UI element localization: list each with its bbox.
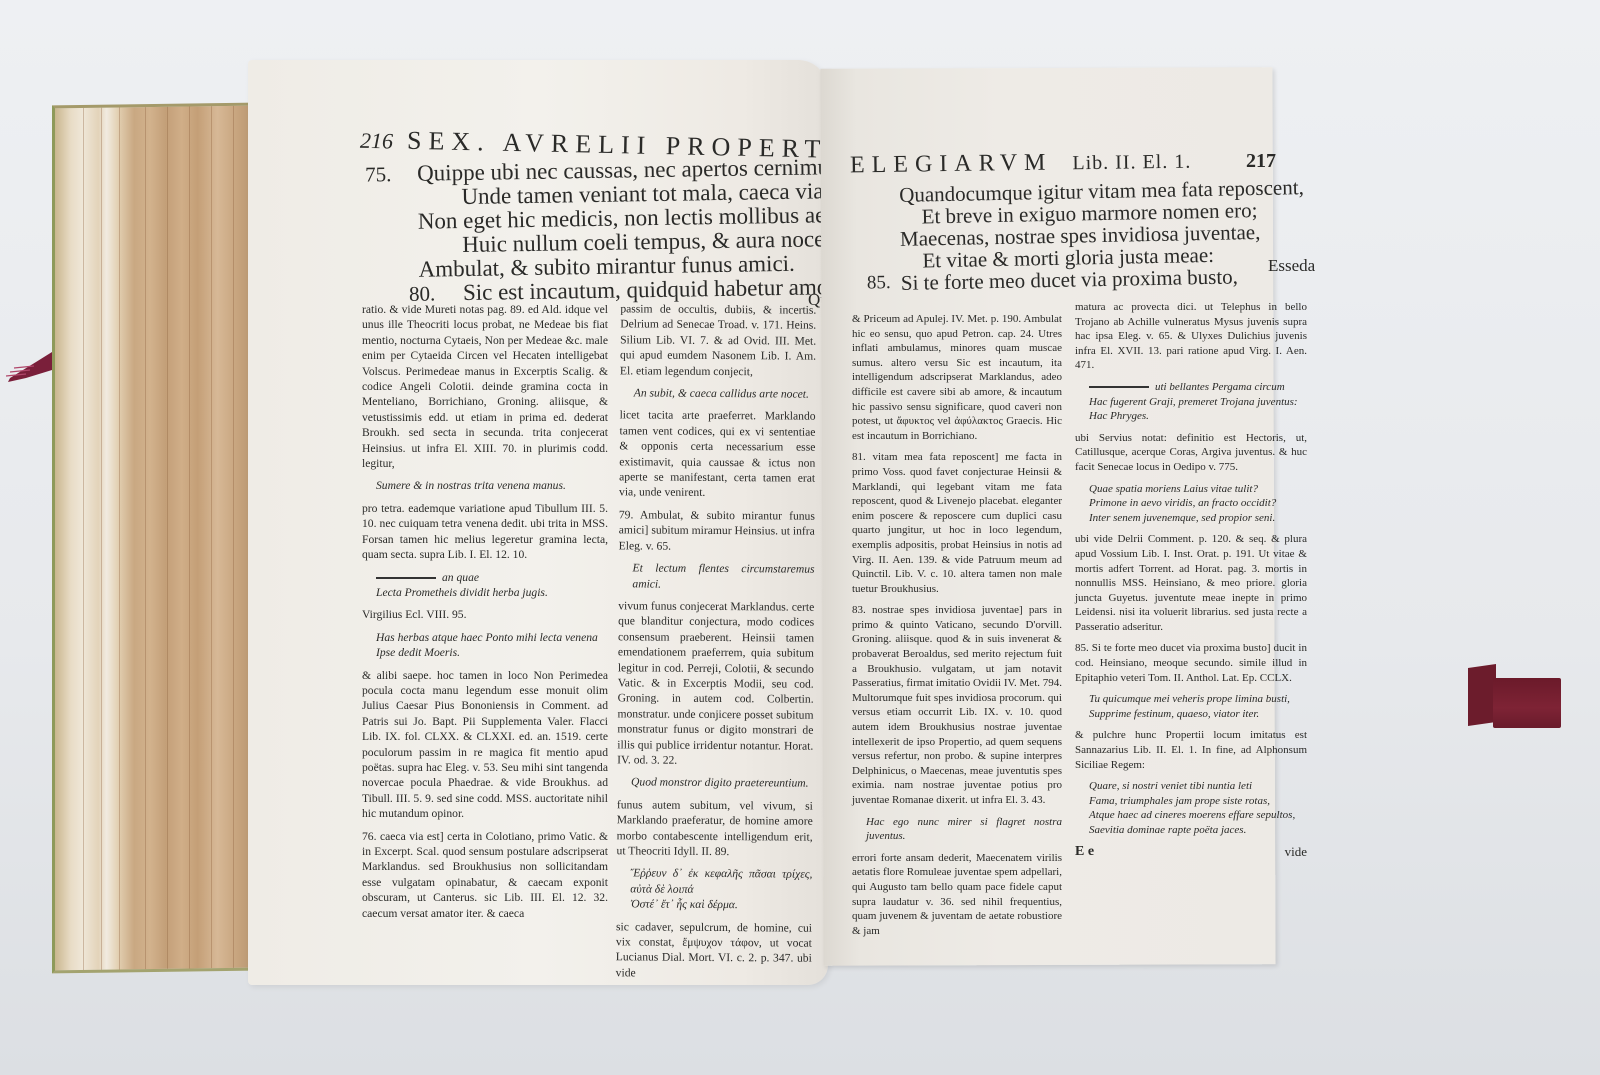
note-paragraph: matura ac provecta dici. ut Telephus in … — [1075, 300, 1307, 373]
note-paragraph: sic cadaver, sepulcrum, de homine, cui v… — [616, 919, 812, 982]
note-paragraph: Virgilius Ecl. VIII. 95. — [362, 607, 608, 622]
note-paragraph: & pulchre hunc Propertii locum imitatus … — [1075, 728, 1307, 772]
greek-quote: Ἔῤῥευν δ᾽ ἐκ κεφαλῆς πᾶσαι τρίχες, αὐτὰ … — [616, 866, 812, 914]
page-number-right: 217 — [1246, 150, 1276, 173]
note-paragraph: errori forte ansam dederit, Maecenatem v… — [852, 851, 1062, 939]
note-quote: Tu quicumque mei veheris prope limina bu… — [1075, 692, 1307, 721]
note-quote: Sumere & in nostras trita venena manus. — [362, 478, 608, 493]
page-number-left: 216 — [360, 128, 394, 154]
note-quote: Quare, si nostri veniet tibi nuntia leti… — [1075, 779, 1307, 837]
note-quote: Hac ego nunc mirer si flagret nostra juv… — [852, 815, 1062, 844]
right-notes-column-1: & Priceum ad Apulej. IV. Met. p. 190. Am… — [852, 312, 1062, 945]
running-head-book: Lib. II. El. 1. — [1072, 151, 1191, 175]
bookmark-ribbon-left[interactable] — [6, 348, 52, 388]
note-paragraph: pro tetra. eademque variatione apud Tibu… — [362, 501, 608, 563]
note-quote: uti bellantes Pergama circumHac fugerent… — [1075, 380, 1307, 424]
right-notes-column-2: matura ac provecta dici. ut Telephus in … — [1075, 300, 1307, 860]
note-paragraph: & alibi saepe. hoc tamen in loco Non Per… — [362, 668, 608, 822]
book-fore-edge — [52, 103, 253, 974]
note-paragraph: vivum funus conjecerat Marklandus. certe… — [617, 598, 814, 769]
note-paragraph: ubi Servius notat: definitio est Hectori… — [1075, 431, 1307, 475]
note-quote: Quae spatia moriens Laius vitae tulit?Pr… — [1075, 482, 1307, 526]
right-verse-block: Quandocumque igitur vitam mea fata repos… — [899, 176, 1306, 294]
running-head-title: ELEGIARVM — [850, 150, 1053, 179]
bookmark-ribbon-right[interactable] — [1493, 678, 1561, 728]
note-paragraph: ratio. & vide Mureti notas pag. 89. ed A… — [362, 302, 608, 471]
catchword: Esseda — [1268, 256, 1315, 276]
note-paragraph: 83. nostrae spes invidiosa juventae] par… — [852, 603, 1062, 807]
left-notes-column-1: ratio. & vide Mureti notas pag. 89. ed A… — [362, 302, 608, 928]
note-quote: An subit, & caeca callidus arte nocet. — [620, 385, 816, 402]
note-paragraph: 79. Ambulat, & subito mirantur funus ami… — [619, 507, 815, 555]
note-quote: an quaeLecta Prometheis dividit herba ju… — [362, 570, 608, 601]
note-paragraph: 85. Si te forte meo ducet via proxima bu… — [1075, 641, 1307, 685]
note-paragraph: passim de occultis, dubiis, & incertis. … — [620, 301, 817, 379]
note-paragraph: ubi vide Delrii Comment. p. 120. & seq. … — [1075, 532, 1307, 634]
catchword: vide — [1075, 845, 1307, 860]
note-paragraph: 76. caeca via est] certa in Colotiano, p… — [362, 829, 608, 921]
left-notes-column-2: passim de occultis, dubiis, & incertis. … — [616, 301, 817, 989]
note-paragraph: licet tacita arte praeferret. Marklando … — [619, 408, 816, 502]
note-paragraph: & Priceum ad Apulej. IV. Met. p. 190. Am… — [852, 312, 1062, 443]
note-quote: Quod monstror digito praetereuntium. — [617, 775, 813, 792]
right-running-head: ELEGIARVM Lib. II. El. 1. — [850, 148, 1192, 180]
note-paragraph: funus autem subitum, vel vivum, si Markl… — [617, 797, 813, 860]
note-quote: Et lectum flentes circumstaremus amici. — [618, 560, 814, 592]
bookmark-ribbon-tail — [1468, 664, 1496, 726]
note-quote: Has herbas atque haec Ponto mihi lecta v… — [362, 630, 608, 661]
note-paragraph: 81. vitam mea fata reposcent] me facta i… — [852, 450, 1062, 596]
